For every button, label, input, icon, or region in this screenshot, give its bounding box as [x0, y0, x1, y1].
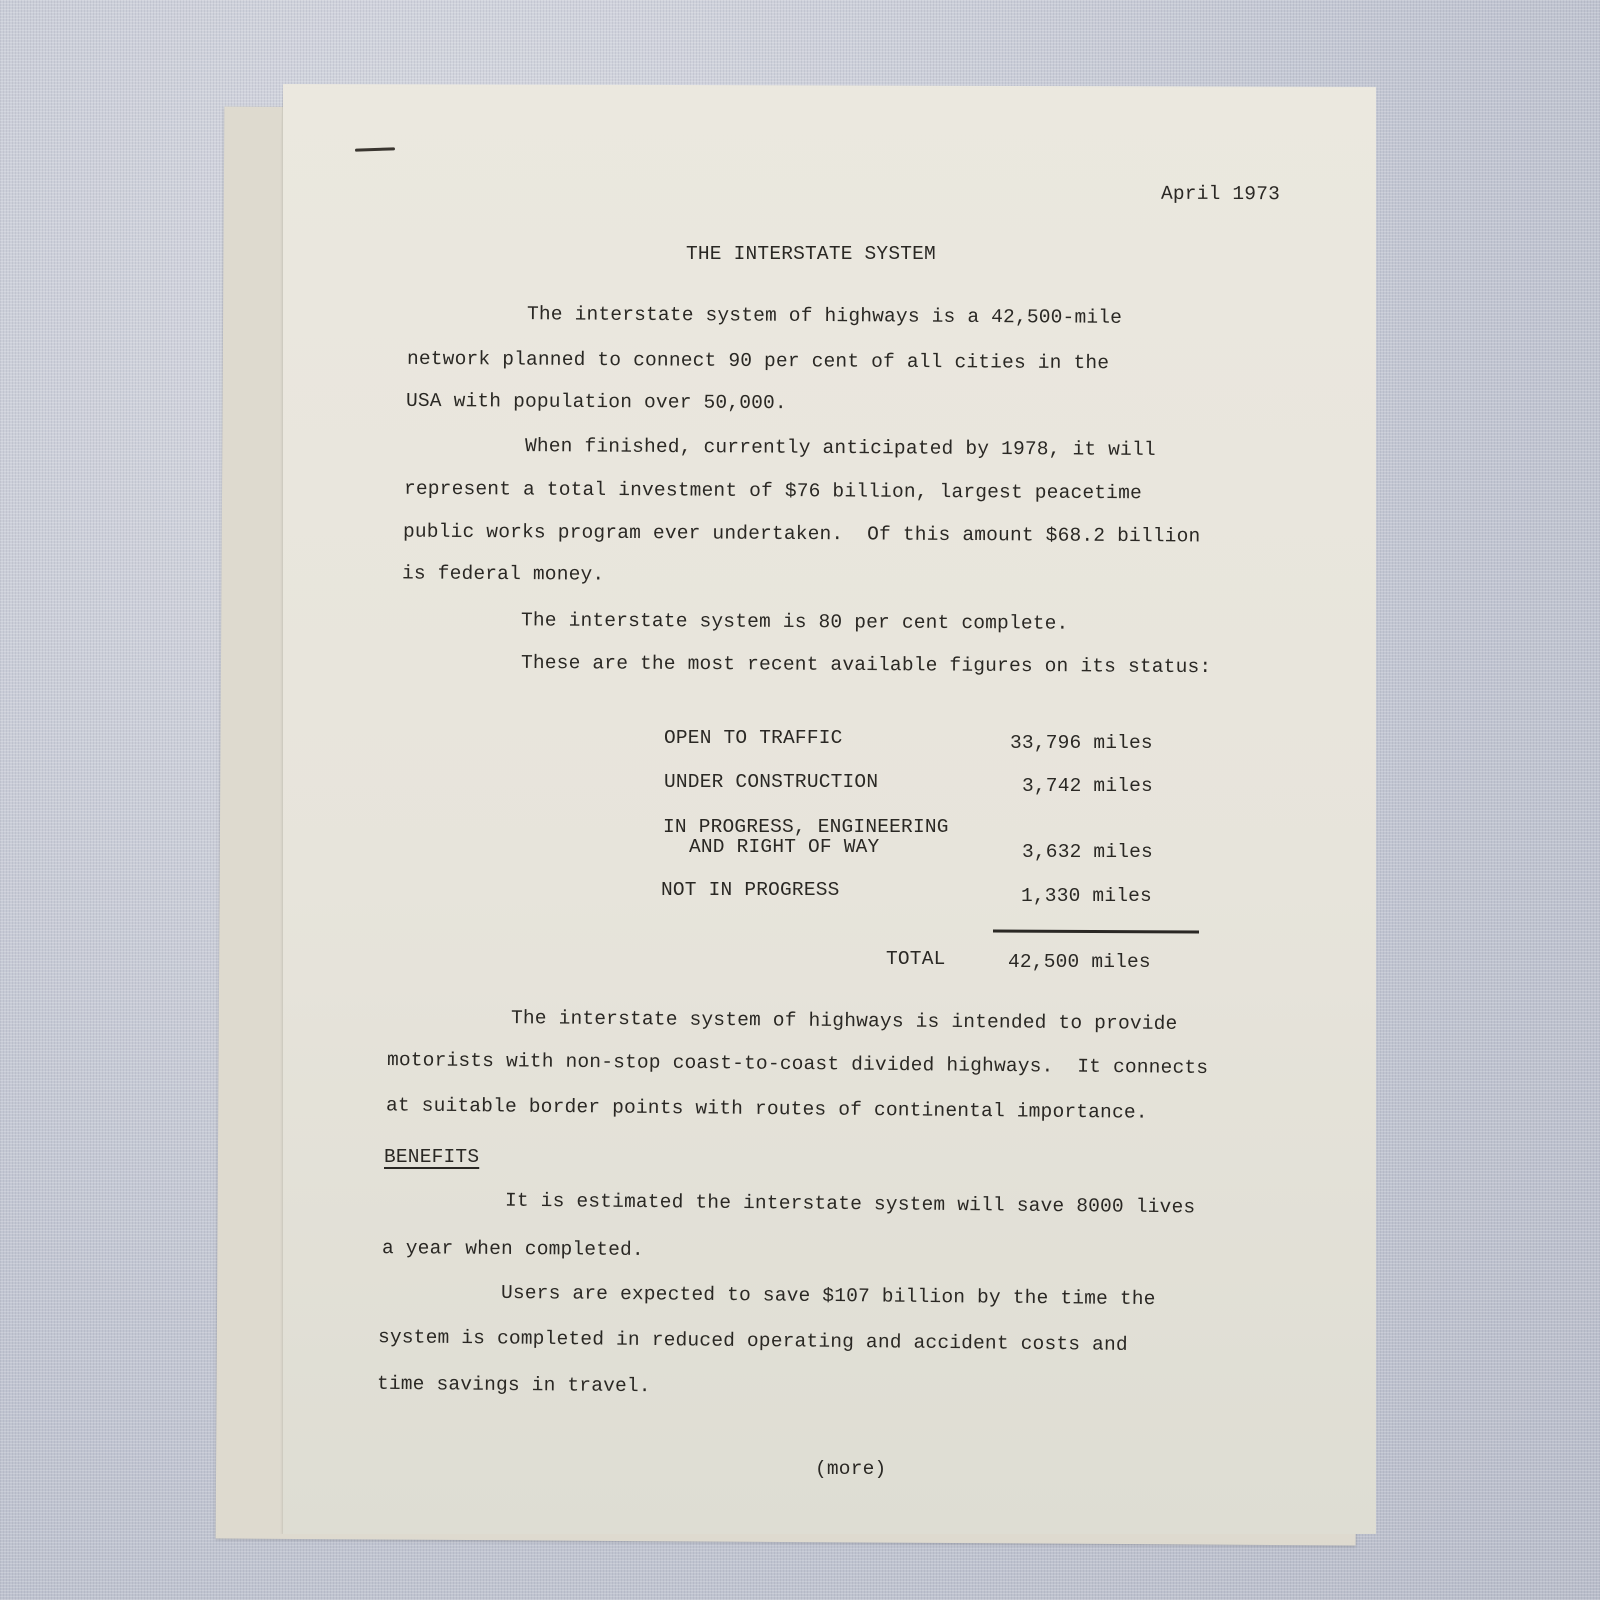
- staple-mark: [355, 147, 395, 151]
- total-rule: [993, 929, 1199, 933]
- status-label-engineering: IN PROGRESS, ENGINEERING: [663, 816, 949, 838]
- paragraph2-line2: represent a total investment of $76 bill…: [404, 478, 1142, 505]
- paragraph2-line1: When finished, currently anticipated by …: [525, 435, 1156, 461]
- paragraph5-line3: at suitable border points with routes of…: [386, 1094, 1148, 1123]
- status-value-engineering: 3,632 miles: [1022, 841, 1153, 863]
- typed-document: April 1973 THE INTERSTATE SYSTEM The int…: [0, 0, 1600, 1600]
- document-title: THE INTERSTATE SYSTEM: [686, 243, 936, 265]
- paragraph6-line2: a year when completed.: [382, 1237, 644, 1261]
- paragraph3: The interstate system is 80 per cent com…: [521, 609, 1069, 634]
- status-label-engineering-line2: AND RIGHT OF WAY: [689, 836, 879, 858]
- status-label-construction: UNDER CONSTRUCTION: [664, 771, 878, 793]
- status-total-label: TOTAL: [886, 948, 946, 970]
- paragraph1-line1: The interstate system of highways is a 4…: [527, 303, 1122, 329]
- status-label-not-in-progress: NOT IN PROGRESS: [661, 879, 840, 901]
- continued-marker: (more): [815, 1458, 886, 1480]
- paragraph5-line2: motorists with non-stop coast-to-coast d…: [387, 1049, 1208, 1079]
- document-date: April 1973: [1161, 183, 1280, 205]
- paragraph2-line3: public works program ever undertaken. Of…: [403, 521, 1201, 548]
- paragraph7-line3: time savings in travel.: [377, 1373, 651, 1397]
- status-total-value: 42,500 miles: [1008, 951, 1151, 973]
- paragraph4: These are the most recent available figu…: [521, 652, 1211, 678]
- status-value-not-in-progress: 1,330 miles: [1021, 885, 1152, 907]
- status-value-open: 33,796 miles: [1010, 732, 1153, 754]
- paragraph7-line2: system is completed in reduced operating…: [378, 1326, 1128, 1356]
- paragraph1-line3: USA with population over 50,000.: [406, 390, 787, 414]
- status-label-open: OPEN TO TRAFFIC: [664, 727, 843, 749]
- status-value-construction: 3,742 miles: [1022, 775, 1153, 797]
- paragraph7-line1: Users are expected to save $107 billion …: [501, 1282, 1156, 1310]
- paragraph2-line4: is federal money.: [402, 562, 604, 585]
- paragraph5-line1: The interstate system of highways is int…: [511, 1007, 1178, 1035]
- benefits-heading: BENEFITS: [384, 1146, 479, 1168]
- paragraph1-line2: network planned to connect 90 per cent o…: [407, 348, 1109, 374]
- paragraph6-line1: It is estimated the interstate system wi…: [505, 1190, 1195, 1219]
